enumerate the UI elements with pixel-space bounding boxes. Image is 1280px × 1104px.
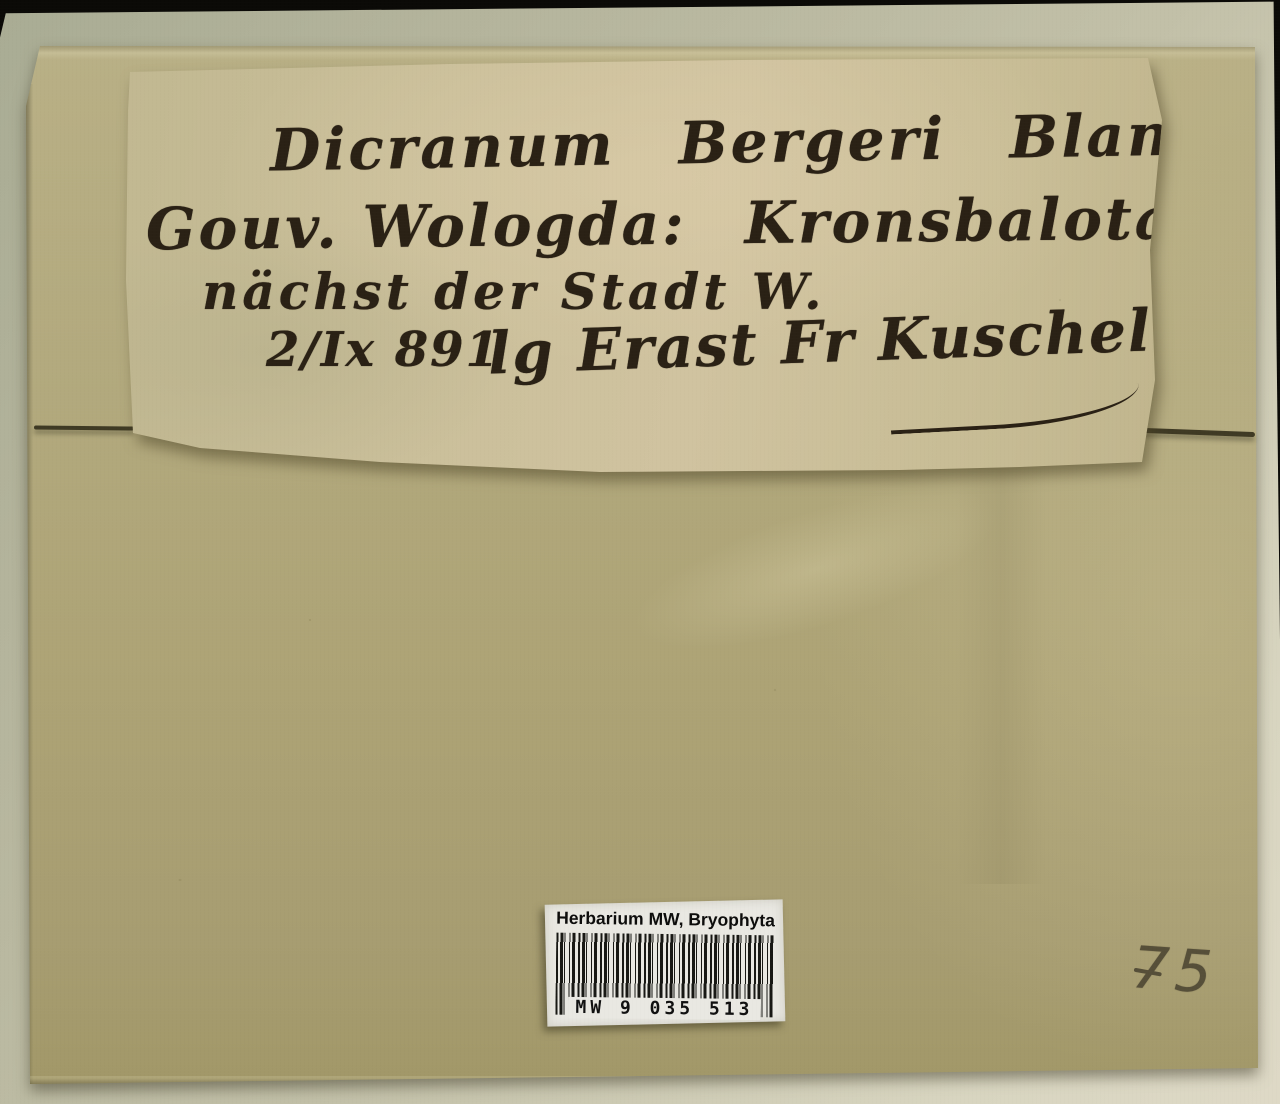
accession-number: 75 xyxy=(1130,933,1220,1007)
collection-date: 2/Ix 891 xyxy=(266,322,501,378)
locality-prefix: Gouv. Wologda: xyxy=(146,190,687,264)
barcode-sticker: Herbarium MW, Bryophyta MW 9 035 513 xyxy=(545,899,786,1026)
barcode-number: MW 9 035 513 xyxy=(568,997,760,1020)
species-name: Dicranum Bergeri Bland. xyxy=(269,100,1239,185)
barcode-sticker-content: Herbarium MW, Bryophyta MW 9 035 513 xyxy=(545,901,784,1026)
paper-crease-soft xyxy=(956,464,1046,884)
handwritten-label: Dicranum Bergeri Bland. Gouv. Wologda:Kr… xyxy=(120,50,1170,480)
locality-line: Gouv. Wologda:Kronsbalota xyxy=(146,185,1176,264)
signature-flourish xyxy=(889,383,1141,434)
locality-place: Kronsbalota xyxy=(744,185,1175,258)
specimen-photo: Dicranum Bergeri Bland. Gouv. Wologda:Kr… xyxy=(0,0,1280,1104)
herbarium-name: Herbarium MW, Bryophyta xyxy=(546,908,784,932)
